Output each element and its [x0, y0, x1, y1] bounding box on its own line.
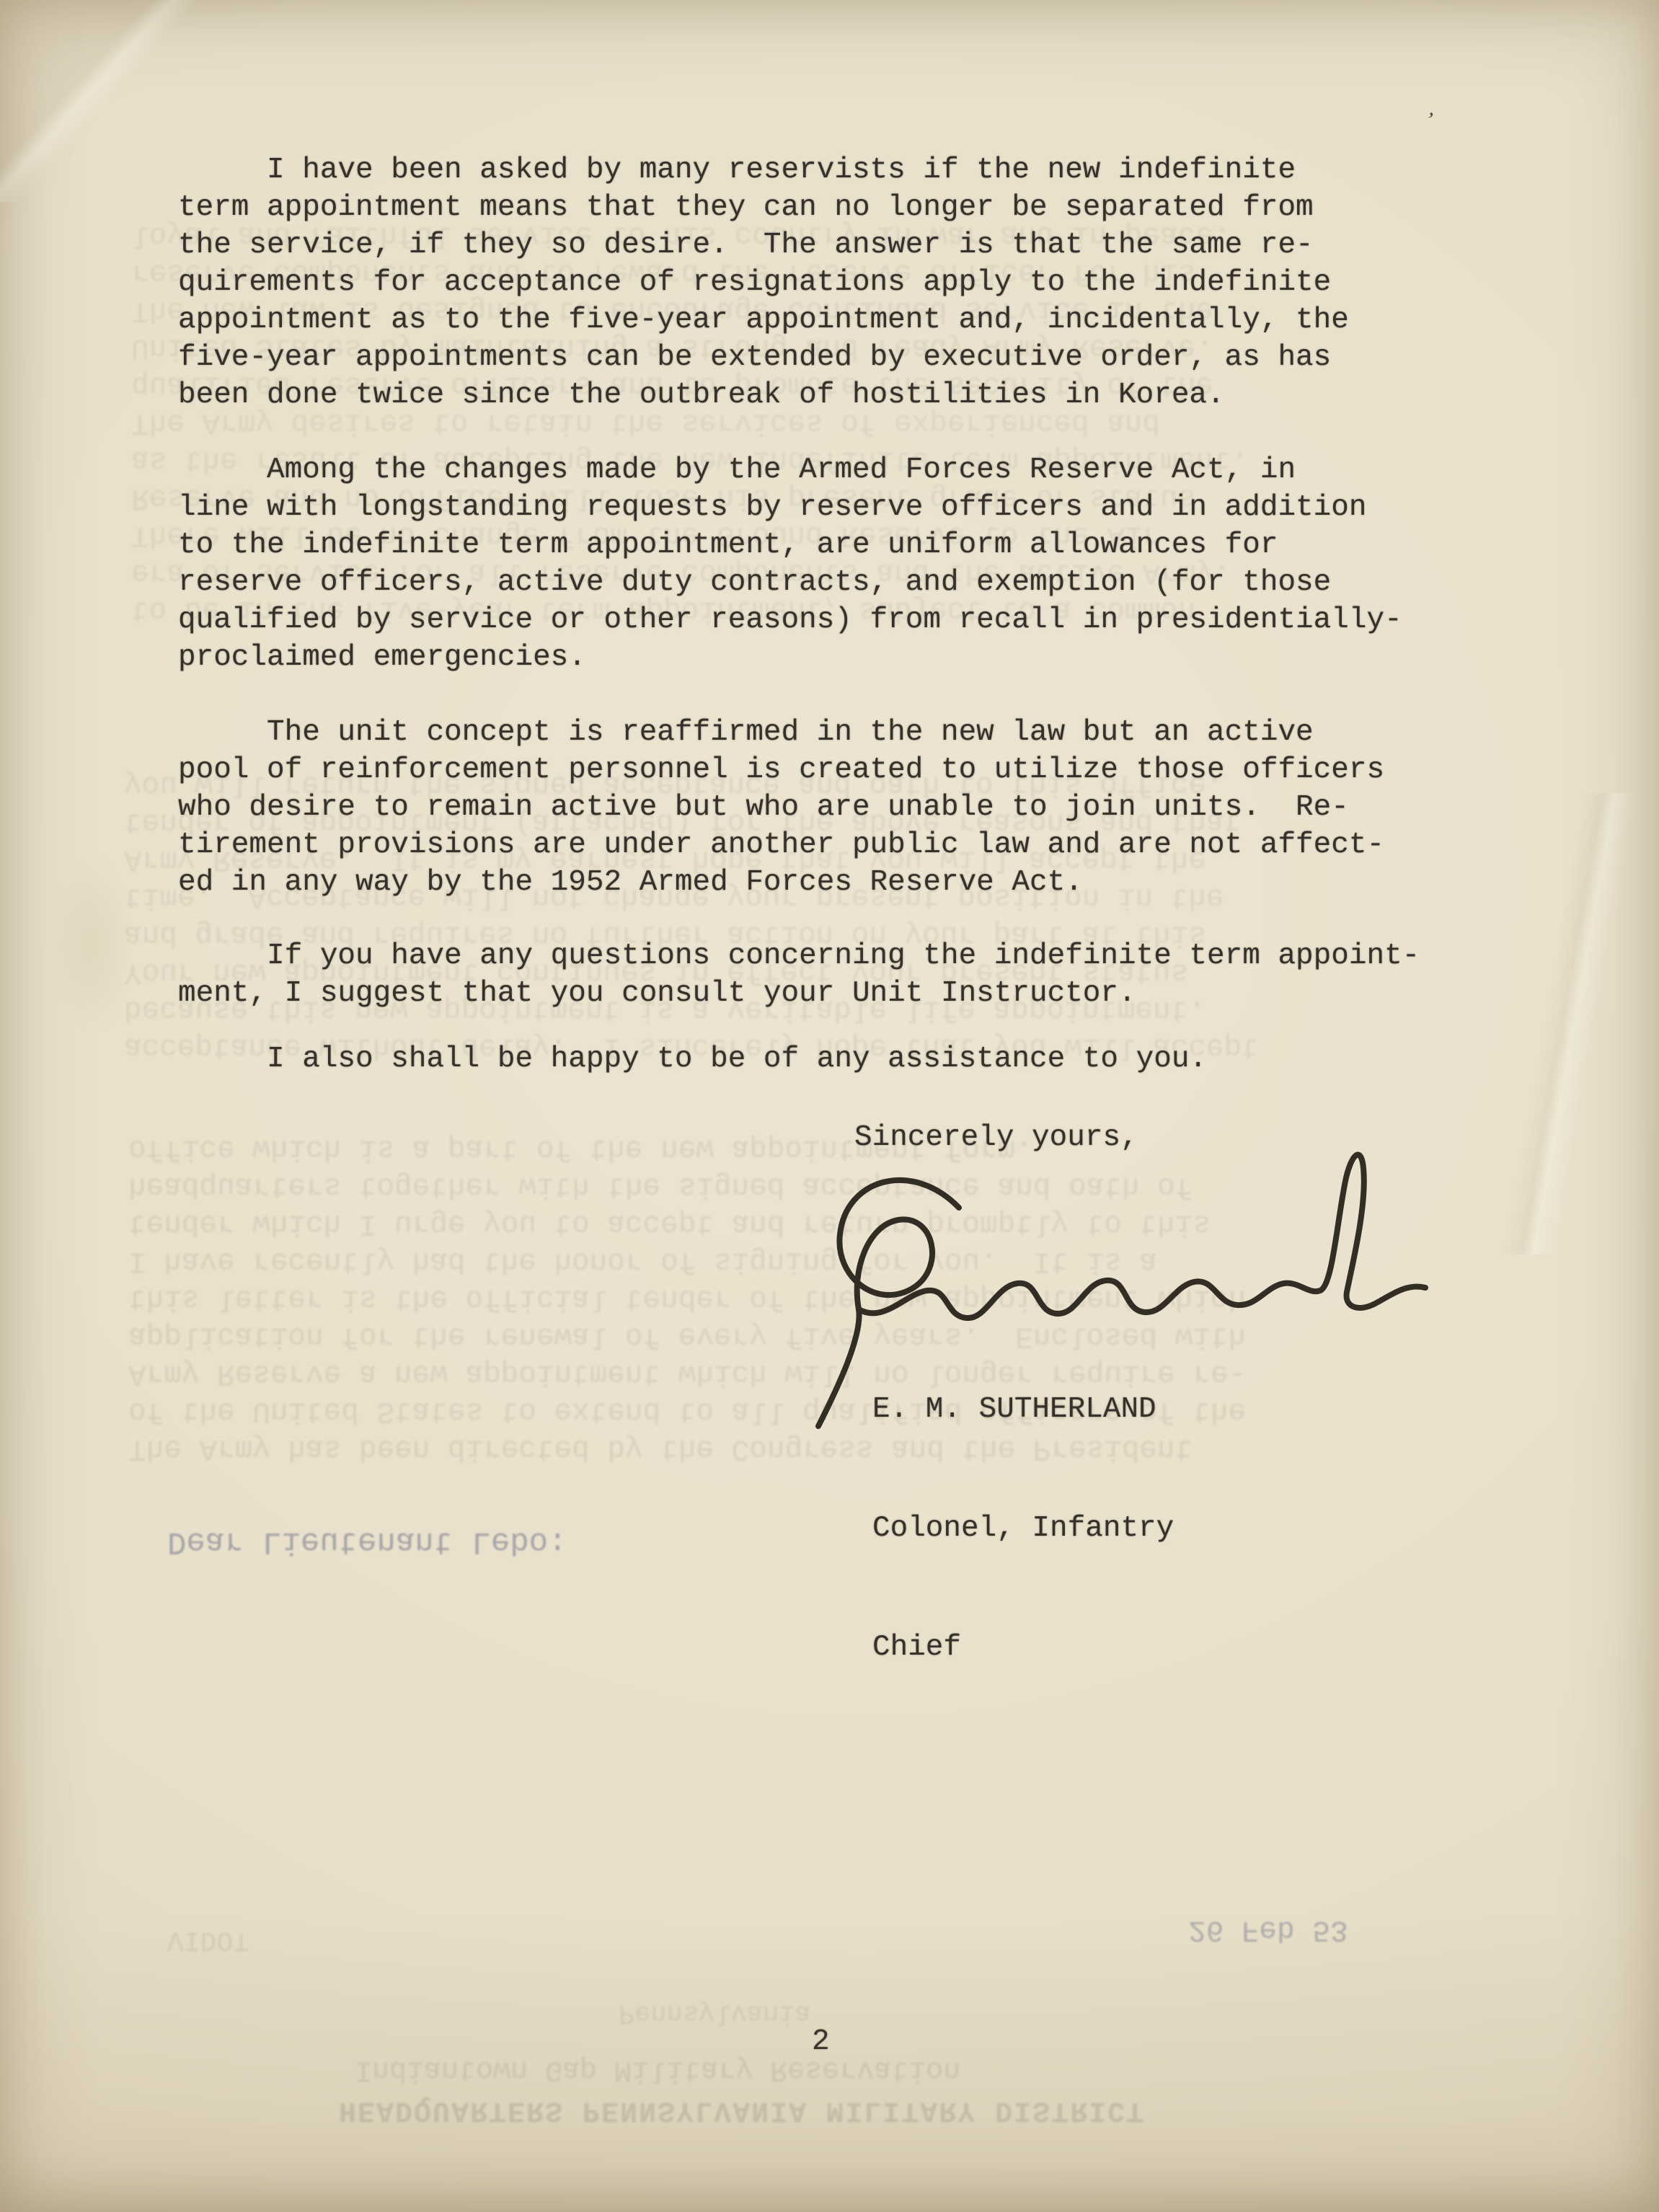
paragraph-5: I also shall be happy to be of any assis…: [178, 1040, 1207, 1078]
paragraph-4: If you have any questions concerning the…: [178, 937, 1420, 1012]
ghost-letterhead-installation: Indiantown Gap Military Reservation: [355, 2050, 960, 2088]
paper-shading-bottom: [0, 1909, 1659, 2212]
paper-stain: [50, 851, 137, 1038]
paragraph-3: The unit concept is reaffirmed in the ne…: [178, 714, 1384, 901]
signer-title: Chief: [872, 1628, 1174, 1668]
signer-rank: Colonel, Infantry: [872, 1509, 1174, 1549]
signature-block: E. M. SUTHERLAND Colonel, Infantry Chief: [872, 1311, 1174, 1747]
paragraph-1: I have been asked by many reservists if …: [178, 151, 1349, 414]
ghost-date: 26 Feb 53: [1188, 1911, 1348, 1948]
ghost-letterhead-state: Pennsylvania: [619, 1994, 810, 2032]
ink-speck: ’: [1423, 107, 1436, 133]
page-number: 2: [812, 2023, 830, 2061]
paragraph-2: Among the changes made by the Armed Forc…: [178, 451, 1402, 676]
signer-name: E. M. SUTHERLAND: [872, 1390, 1174, 1430]
ghost-corner-mark: VIDOT: [167, 1921, 249, 1958]
ghost-letterhead-district: HEADQUARTERS PENNSYLVANIA MILITARY DISTR…: [339, 2091, 1145, 2128]
letter-page: HEADQUARTERS PENNSYLVANIA MILITARY DISTR…: [0, 0, 1659, 2212]
ghost-salutation: Dear Lieutenant Lebo:: [167, 1523, 567, 1560]
paper-crease-right: [1457, 793, 1659, 1255]
